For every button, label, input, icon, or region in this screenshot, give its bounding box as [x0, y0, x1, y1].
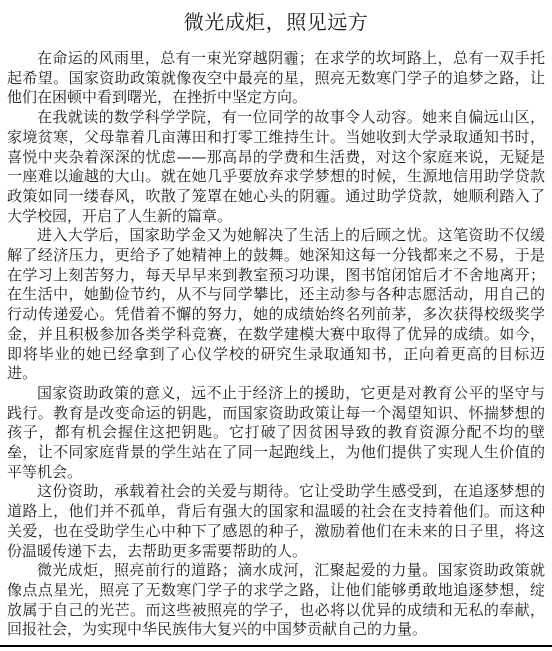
paragraph: 国家资助政策的意义，远不止于经济上的援助，它更是对教育公平的坚守与践行。教育是改…	[7, 384, 545, 483]
paragraph: 在命运的风雨里，总有一束光穿越阴霾；在求学的坎坷路上，总有一双手托起希望。国家资…	[7, 49, 545, 108]
paragraph: 进入大学后，国家助学金又为她解决了生活上的后顾之忧。这笔资助不仅缓解了经济压力，…	[7, 226, 545, 384]
document-title: 微光成炬，照见远方	[0, 0, 552, 36]
essay-body: 在命运的风雨里，总有一束光穿越阴霾；在求学的坎坷路上，总有一双手托起希望。国家资…	[0, 49, 552, 640]
paragraph: 在我就读的数学科学学院，有一位同学的故事令人动容。她来自偏远山区，家境贫寒，父母…	[7, 108, 545, 226]
document-page: 微光成炬，照见远方 在命运的风雨里，总有一束光穿越阴霾；在求学的坎坷路上，总有一…	[0, 0, 552, 651]
paragraph: 这份资助，承载着社会的关爱与期待。它让受助学生感受到，在追逐梦想的道路上，他们并…	[7, 482, 545, 561]
paragraph: 微光成炬，照亮前行的道路；滴水成河，汇聚起爱的力量。国家资助政策就像点点星光，照…	[7, 561, 545, 640]
page-bottom-rule	[0, 645, 552, 647]
